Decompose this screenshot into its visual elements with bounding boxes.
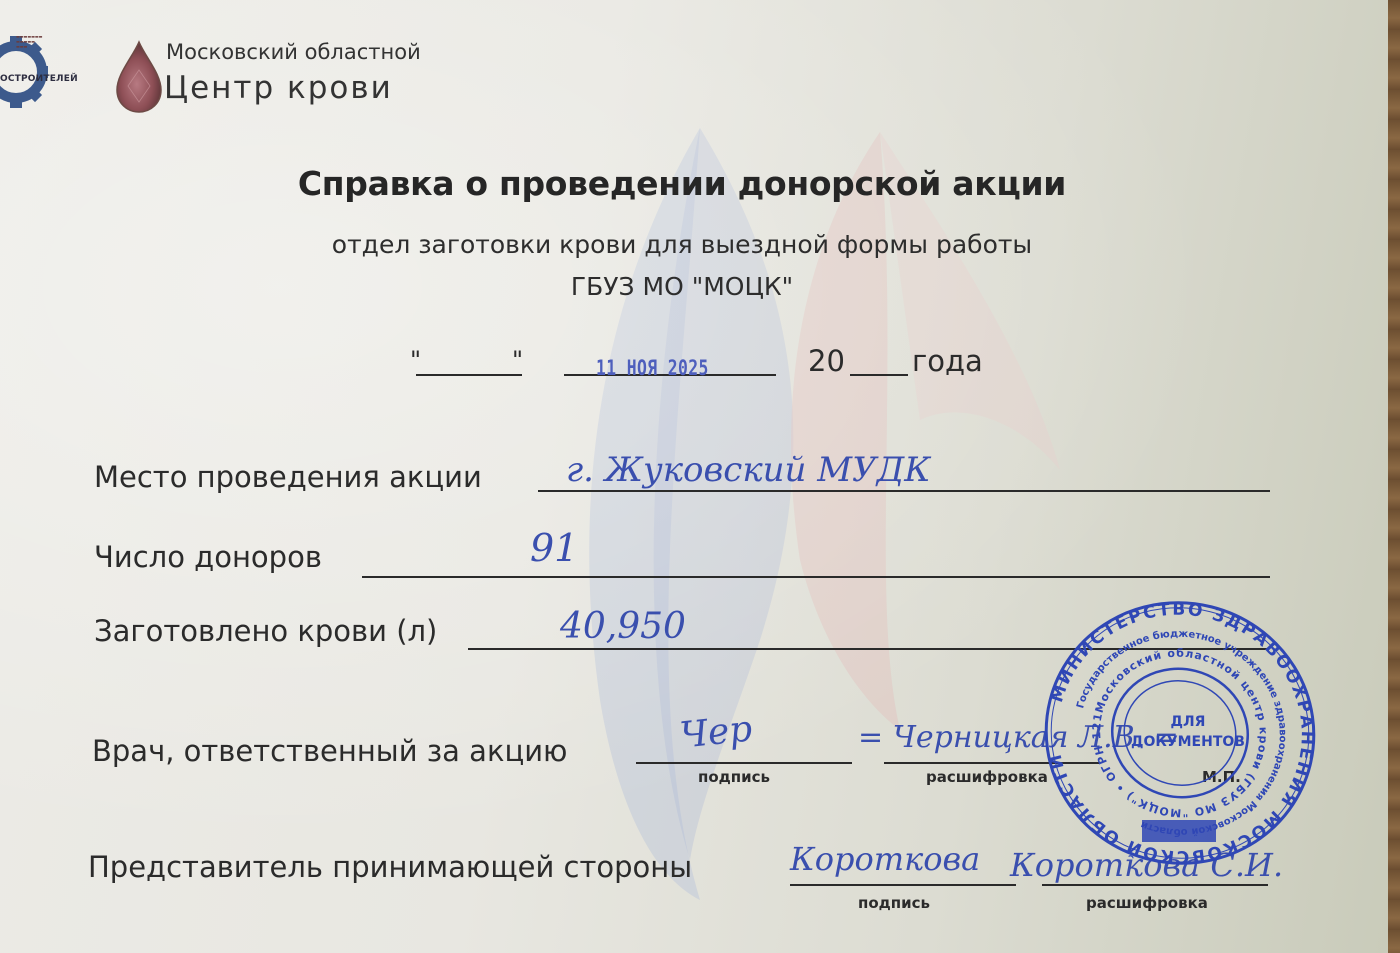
doctor-signature-caption: подпись [698,768,770,786]
partner-logo-small-text: ▬▬▬▬▬▬▬▬▬▬▬▬▬▬▬ [16,34,76,49]
brand-name-line2: Центр крови [164,70,393,106]
blood-volume-label: Заготовлено крови (л) [94,614,437,648]
date-day-quote-open: " [410,346,421,374]
date-year-prefix: 20 [808,344,845,378]
organization-seal-stamp: МИНИСТЕРСТВО ЗДРАВООХРАНЕНИЯ МОСКОВСКОЙ … [1042,598,1318,868]
document-title: Справка о проведении донорской акции [0,164,1364,203]
date-year-suffix: года [912,344,983,378]
document-sheet: ▬▬▬▬▬▬▬▬▬▬▬▬▬▬▬ ОСТРОИТЕЛЕЙ Московский о… [0,0,1388,953]
table-surface-edge [1388,0,1400,953]
representative-signature-caption: подпись [858,894,930,912]
brand-name-line1: Московский областной [166,40,421,64]
date-day-quote-close: " [512,346,523,374]
date-stamp: 11 НОЯ 2025 [596,356,709,380]
donors-label: Число доноров [94,540,322,574]
document-subtitle-department: отдел заготовки крови для выездной формы… [0,230,1364,259]
doctor-label: Врач, ответственный за акцию [92,734,567,768]
donors-line [362,576,1270,578]
donors-value: 91 [530,526,578,570]
document-subtitle-organization: ГБУЗ МО "МОЦК" [0,272,1364,301]
blood-drop-logo-icon [114,40,164,114]
location-value: г. Жуковский МУДК [566,450,931,490]
location-line [538,490,1270,492]
location-label: Место проведения акции [94,460,482,494]
doctor-signature: Чер [678,708,754,756]
seal-center-line1: ДЛЯ [1171,714,1206,730]
representative-name-line [1042,884,1268,886]
representative-signature-line [790,884,1016,886]
partner-logo-text: ОСТРОИТЕЛЕЙ [0,74,78,84]
date-year-line [850,374,908,376]
representative-name-caption: расшифровка [1086,894,1208,912]
representative-label: Представитель принимающей стороны [88,850,692,884]
doctor-signature-line [636,762,852,764]
seal-center-line2: ДОКУМЕНТОВ [1131,734,1245,750]
doctor-name-caption: расшифровка [926,768,1048,786]
date-day-line [416,374,522,376]
representative-signature: Короткова [790,840,980,878]
blood-volume-value: 40,950 [560,606,686,647]
